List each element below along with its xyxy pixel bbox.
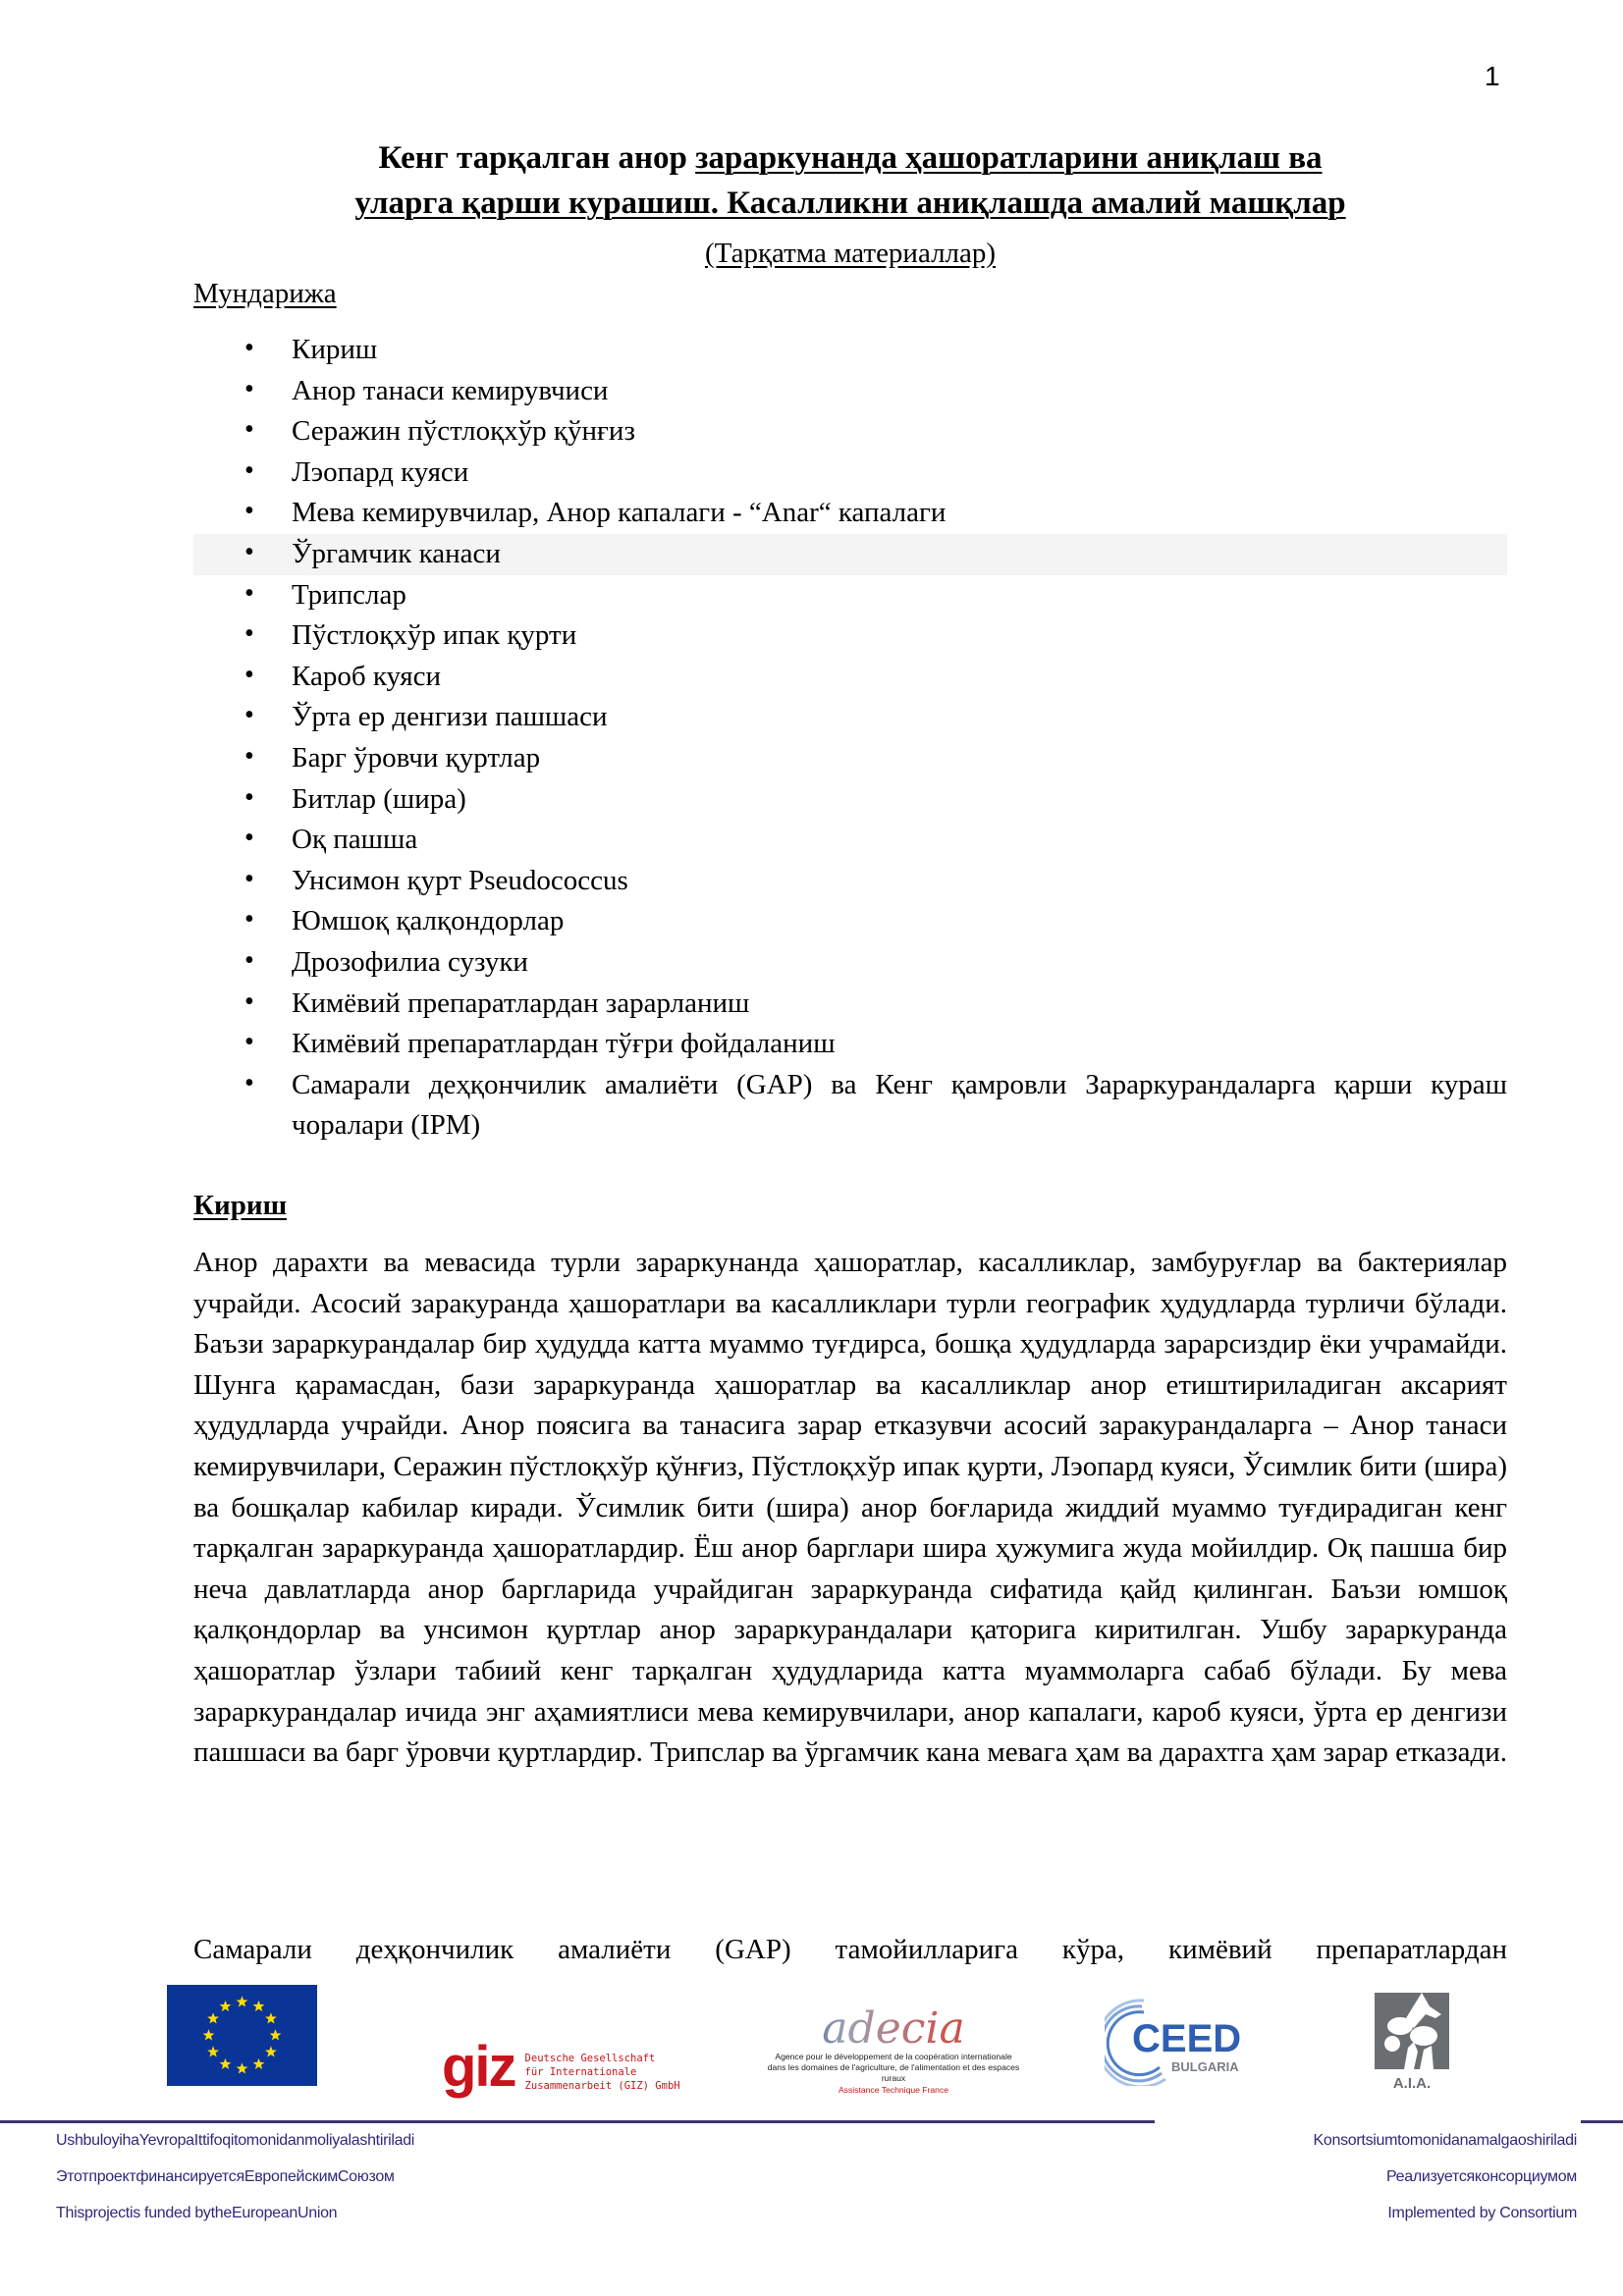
giz-mark: giz: [442, 2042, 515, 2093]
toc-item-label: Юмшоқ қалқондорлар: [292, 905, 564, 936]
toc-item-label: Унсимон қурт Pseudococcus: [292, 865, 628, 896]
giz-text-line: Zusammenarbeit (GIZ) GmbH: [525, 2079, 680, 2093]
adecia-line2: dans les domaines de l'agriculture, de l…: [756, 2062, 1031, 2084]
toc-item-label: Барг ўровчи қуртлар: [292, 742, 540, 774]
giz-logo: giz Deutsche Gesellschaft für Internatio…: [442, 2042, 680, 2093]
toc-item: •Трипслар: [193, 575, 1507, 616]
toc-item-label: Ўрта ер денгизи пашшаси: [292, 701, 608, 732]
footer-funding-ru: ЭтотпроектфинансируетсяЕвропейскимСоюзом: [56, 2168, 395, 2186]
toc-item: •Лэопард куяси: [193, 453, 1507, 494]
toc-item: •Битлар (шира): [193, 779, 1507, 821]
toc-item-label: Битлар (шира): [292, 783, 466, 815]
toc-item-label: Мева кемирувчилар, Анор капалаги - “Anar…: [292, 497, 946, 528]
animals-icon: [1375, 1993, 1449, 2069]
bullet-icon: •: [244, 818, 254, 859]
eu-stars-icon: [167, 1985, 317, 2086]
toc-item-label: Пўстлоқхўр ипак қурти: [292, 619, 576, 651]
bullet-icon: •: [244, 1063, 254, 1104]
footer-divider-right: [1581, 2120, 1623, 2123]
toc-item-label: Кириш: [292, 334, 377, 365]
page-number: 1: [1485, 61, 1500, 92]
bullet-icon: •: [244, 655, 254, 696]
intro-heading: Кириш: [193, 1190, 287, 1222]
bullet-icon: •: [244, 736, 254, 777]
bullet-icon: •: [244, 859, 254, 900]
toc-item: •Серажин пўстлоқхўр қўнғиз: [193, 411, 1507, 453]
aia-label: A.I.A.: [1375, 2075, 1449, 2092]
bullet-icon: •: [244, 982, 254, 1023]
toc-item-label: Кимёвий препаратлардан тўғри фойдаланиш: [292, 1028, 836, 1059]
giz-text-line: für Internationale: [525, 2065, 680, 2079]
title-line1-plain: Кенг тарқалган анор: [378, 140, 695, 176]
bullet-icon: •: [244, 1022, 254, 1063]
toc-item: •Барг ўровчи қуртлар: [193, 738, 1507, 779]
adecia-logo: adecia Agence pour le développement de l…: [756, 2006, 1031, 2097]
toc-item: •Анор танаси кемирувчиси: [193, 371, 1507, 412]
toc-item: •Дрозофилиа сузуки: [193, 942, 1507, 984]
partner-logos: giz Deutsche Gesellschaft für Internatio…: [0, 1973, 1623, 2110]
ceed-mark: CEED: [1132, 2017, 1241, 2060]
toc-item-label: Самарали деҳқончилик амалиёти (GAP) ва К…: [292, 1069, 1507, 1142]
intro-paragraph-1: Анор дарахти ва мевасида турли зараркуна…: [193, 1243, 1507, 1774]
bullet-icon: •: [244, 940, 254, 982]
bullet-icon: •: [244, 899, 254, 940]
toc-item: •Кароб куяси: [193, 657, 1507, 698]
toc-heading: Мундарижа: [193, 278, 337, 310]
toc-item: •Мева кемирувчилар, Анор капалаги - “Ana…: [193, 493, 1507, 534]
toc-item: •Кимёвий препаратлардан тўғри фойдаланиш: [193, 1024, 1507, 1065]
toc-item-label: Серажин пўстлоқхўр қўнғиз: [292, 415, 635, 447]
toc-item: •Юмшоқ қалқондорлар: [193, 901, 1507, 942]
toc-item-label: Анор танаси кемирувчиси: [292, 375, 608, 406]
bullet-icon: •: [244, 328, 254, 369]
toc-item: •Пўстлоқхўр ипак қурти: [193, 615, 1507, 657]
document-subtitle: (Тарқатма материаллар): [193, 238, 1507, 270]
title-line1-underlined: зараркунанда ҳашоратларини аниқлаш ва: [695, 140, 1322, 176]
document-title: Кенг тарқалган анор зараркунанда ҳашорат…: [193, 135, 1507, 226]
table-of-contents: •Кириш•Анор танаси кемирувчиси•Серажин п…: [193, 330, 1507, 1147]
adecia-line1: Agence pour le développement de la coopé…: [756, 2052, 1031, 2062]
toc-item: •Оқ пашша: [193, 820, 1507, 861]
adecia-mark: adecia: [756, 2006, 1031, 2052]
ceed-sub: BULGARIA: [1171, 2059, 1239, 2074]
toc-item-label: Кароб куяси: [292, 661, 441, 692]
toc-item: •Унсимон қурт Pseudococcus: [193, 861, 1507, 902]
footer-divider-left: [0, 2120, 1155, 2123]
toc-item: •Кимёвий препаратлардан зарарланиш: [193, 984, 1507, 1025]
footer-consortium-uz: Konsortsiumtomonidanamalgaoshiriladi: [1314, 2132, 1577, 2150]
title-line2: уларга қарши курашиш. Касалликни аниқлаш…: [354, 186, 1345, 221]
toc-item-label: Оқ пашша: [292, 824, 417, 855]
bullet-icon: •: [244, 409, 254, 451]
toc-item-label: Ўргамчик канаси: [292, 538, 501, 569]
toc-item-label: Трипслар: [292, 579, 406, 611]
bullet-icon: •: [244, 491, 254, 532]
toc-item-label: Дрозофилиа сузуки: [292, 946, 528, 978]
bullet-icon: •: [244, 695, 254, 736]
footer-funding-en: Thisprojectis funded bytheEuropeanUnion: [56, 2205, 337, 2222]
footer-funding-uz: UshbuloyihaYevropaIttifoqitomonidanmoliy…: [56, 2132, 414, 2150]
toc-item-label: Кимёвий препаратлардан зарарланиш: [292, 988, 749, 1019]
toc-item-label: Лэопард куяси: [292, 456, 468, 488]
bullet-icon: •: [244, 777, 254, 819]
bullet-icon: •: [244, 369, 254, 410]
footer-consortium-en: Implemented by Consortium: [1387, 2205, 1577, 2222]
subtitle-text: (Тарқатма материаллар): [705, 238, 996, 269]
giz-text-line: Deutsche Gesellschaft: [525, 2052, 680, 2065]
toc-item: •Ўргамчик канаси: [193, 534, 1507, 575]
bullet-icon: •: [244, 614, 254, 655]
bullet-icon: •: [244, 451, 254, 492]
ceed-bulgaria-logo: CEED BULGARIA: [1105, 1993, 1262, 2086]
bullet-icon: •: [244, 573, 254, 614]
adecia-line3: Assistance Technique France: [756, 2084, 1031, 2097]
toc-item: •Кириш: [193, 330, 1507, 371]
intro-paragraph-2: Самарали деҳқончилик амалиёти (GAP) тамо…: [193, 1930, 1507, 1971]
aia-logo: A.I.A.: [1375, 1993, 1449, 2092]
toc-item: •Самарали деҳқончилик амалиёти (GAP) ва …: [193, 1065, 1507, 1147]
bullet-icon: •: [244, 532, 254, 573]
footer-consortium-ru: Реализуетсяконсорциумом: [1386, 2168, 1577, 2186]
toc-item: •Ўрта ер денгизи пашшаси: [193, 697, 1507, 738]
eu-flag-logo: [167, 1985, 317, 2086]
giz-text: Deutsche Gesellschaft für Internationale…: [525, 2052, 680, 2093]
